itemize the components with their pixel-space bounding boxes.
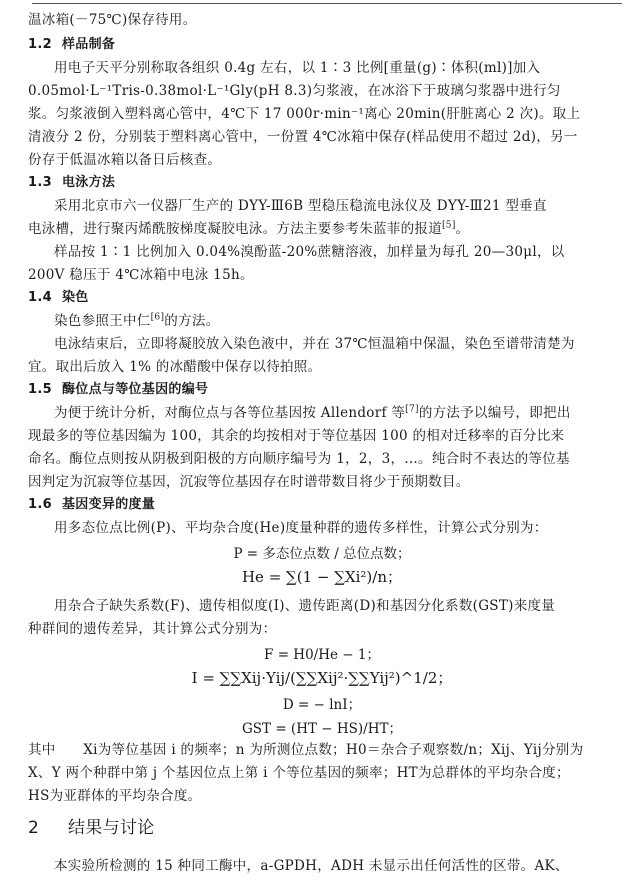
text: 为便于统计分析，对酶位点与各等位基因按 Allendorf 等 <box>54 405 405 421</box>
equation-i: I = ∑∑Xij·Yij/(∑∑Xij²·∑∑Yij²)^1/2； <box>0 667 644 688</box>
section-title: 酶位点与等位基因的编号 <box>62 382 208 397</box>
page-top-rule <box>32 3 622 4</box>
section-number: 1.2 <box>28 35 62 55</box>
equation-d: D = − lnI； <box>0 693 644 713</box>
text: 电泳槽，进行聚丙烯酰胺梯度凝胶电泳。方法主要参考朱蓝菲的报道 <box>28 221 442 237</box>
paragraph-line: 宜。取出后放入 1% 的冰醋酸中保存以待拍照。 <box>28 357 321 377</box>
section-title: 样品制备 <box>62 37 115 52</box>
equation-f: F = H0/He − 1； <box>0 643 644 663</box>
text: 染色参照王中仁 <box>54 313 151 329</box>
text: 。 <box>456 221 470 237</box>
paragraph-line: 用电子天平分别称取各组织 0.4g 左右，以 1∶3 比例[重量(g)∶体积(m… <box>54 58 540 78</box>
paragraph-line: X、Y 两个种群中第 j 个基因位点上第 i 个等位基因的频率；HT为总群体的平… <box>28 763 570 783</box>
paragraph-line: 0.05mol·L⁻¹Tris-0.38mol·L⁻¹Gly(pH 8.3)匀浆… <box>28 81 561 101</box>
paragraph-line: 用杂合子缺失系数(F)、遗传相似度(I)、遗传距离(D)和基因分化系数(GST)… <box>54 596 555 616</box>
paragraph-line: 现最多的等位基因编为 100，其余的均按相对于等位基因 100 的相对迁移率的百… <box>28 426 564 446</box>
paragraph-line: 为便于统计分析，对酶位点与各等位基因按 Allendorf 等[7]的方法予以编… <box>54 403 571 423</box>
paragraph-line: 清液分 2 份，分别装于塑料离心管中，一份置 4℃冰箱中保存(样品使用不超过 2… <box>28 127 578 147</box>
section-heading-1-3: 1.3电泳方法 <box>28 173 115 193</box>
text: 的方法予以编号，即把出 <box>419 405 571 421</box>
text: 的方法。 <box>164 313 219 329</box>
section-title: 染色 <box>62 290 89 305</box>
equation-gst: GST = (HT − HS)/HT； <box>0 717 644 737</box>
section-number: 2 <box>28 818 68 838</box>
paragraph-line: 200V 稳压于 4℃冰箱中电泳 15h。 <box>28 265 254 285</box>
paragraph-line: HS为亚群体的平均杂合度。 <box>28 786 201 806</box>
paragraph-line: 其中 Xi为等位基因 i 的频率；n 为所测位点数；H0＝杂合子观察数/n；Xi… <box>28 740 583 760</box>
section-title: 结果与讨论 <box>68 818 155 838</box>
paragraph-line: 染色参照王中仁[6]的方法。 <box>54 311 219 331</box>
paragraph-line: 本实验所检测的 15 种同工酶中，a-GPDH，ADH 未显示出任何活性的区带。… <box>54 856 569 876</box>
paragraph-line: 温冰箱(－75℃)保存待用。 <box>28 10 197 30</box>
paragraph-line: 份存于低温冰箱以备日后核查。 <box>28 150 221 170</box>
section-heading-1-6: 1.6基因变异的度量 <box>28 495 155 515</box>
citation-ref: [5] <box>442 221 456 231</box>
section-heading-1-4: 1.4染色 <box>28 288 89 308</box>
citation-ref: [6] <box>151 313 165 323</box>
section-heading-1-5: 1.5酶位点与等位基因的编号 <box>28 380 208 400</box>
paragraph-line: 种群间的遗传差异，其计算公式分别为： <box>28 619 276 639</box>
citation-ref: [7] <box>405 405 419 415</box>
paragraph-line: 因判定为沉寂等位基因，沉寂等位基因存在时谱带数目将少于预期数目。 <box>28 472 470 492</box>
paragraph-line: 样品按 1∶1 比例加入 0.04%溴酚蓝-20%蔗糖溶液，加样量为每孔 20—… <box>54 242 565 262</box>
paragraph-line: 用多态位点比例(P)、平均杂合度(He)度量种群的遗传多样性，计算公式分别为： <box>54 518 548 538</box>
paragraph-line: 电泳槽，进行聚丙烯酰胺梯度凝胶电泳。方法主要参考朱蓝菲的报道[5]。 <box>28 219 469 239</box>
paragraph-line: 电泳结束后，立即将凝胶放入染色液中，并在 37℃恒温箱中保温，染色至谱带清楚为 <box>54 334 575 354</box>
section-heading-1-2: 1.2样品制备 <box>28 35 115 55</box>
equation-he: He = ∑(1 − ∑Xi²)/n； <box>0 566 644 587</box>
equation-p: P = 多态位点数 / 总位点数； <box>0 542 644 562</box>
paragraph-line: 采用北京市六一仪器厂生产的 DYY-Ⅲ6B 型稳压稳流电泳仪及 DYY-Ⅲ21 … <box>54 196 547 216</box>
section-number: 1.4 <box>28 288 62 308</box>
section-heading-2: 2结果与讨论 <box>28 818 155 838</box>
section-title: 基因变异的度量 <box>62 497 155 512</box>
section-title: 电泳方法 <box>62 175 115 190</box>
section-number: 1.5 <box>28 380 62 400</box>
section-number: 1.6 <box>28 495 62 515</box>
paragraph-line: 命名。酶位点则按从阴极到阳极的方向顺序编号为 1，2，3，…。纯合时不表达的等位… <box>28 449 570 469</box>
section-number: 1.3 <box>28 173 62 193</box>
paragraph-line: 浆。匀浆液倒入塑料离心管中，4℃下 17 000r·min⁻¹离心 20min(… <box>28 104 580 124</box>
